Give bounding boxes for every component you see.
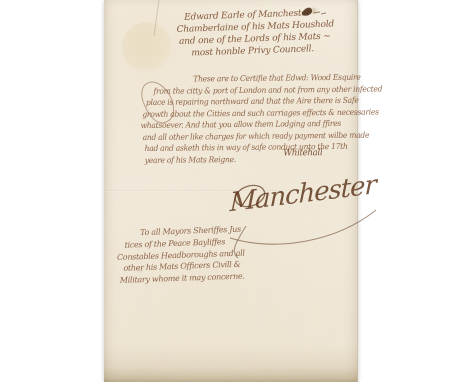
embossed-paper-seal <box>122 22 172 72</box>
body-text-block: These are to Certifie that Edwd: Wood Es… <box>140 72 350 166</box>
body-line: These are to Certifie that Edwd: Wood Es… <box>193 72 349 85</box>
ink-flourish-icon <box>298 5 328 21</box>
photograph-background: Edward Earle of Manchester Chamberlaine … <box>0 0 468 382</box>
manuscript-paper: Edward Earle of Manchester Chamberlaine … <box>104 0 358 382</box>
address-block: To all Mayors Sheriffes Jus tices of the… <box>116 222 276 286</box>
dateline: Whitehall <box>283 148 322 160</box>
